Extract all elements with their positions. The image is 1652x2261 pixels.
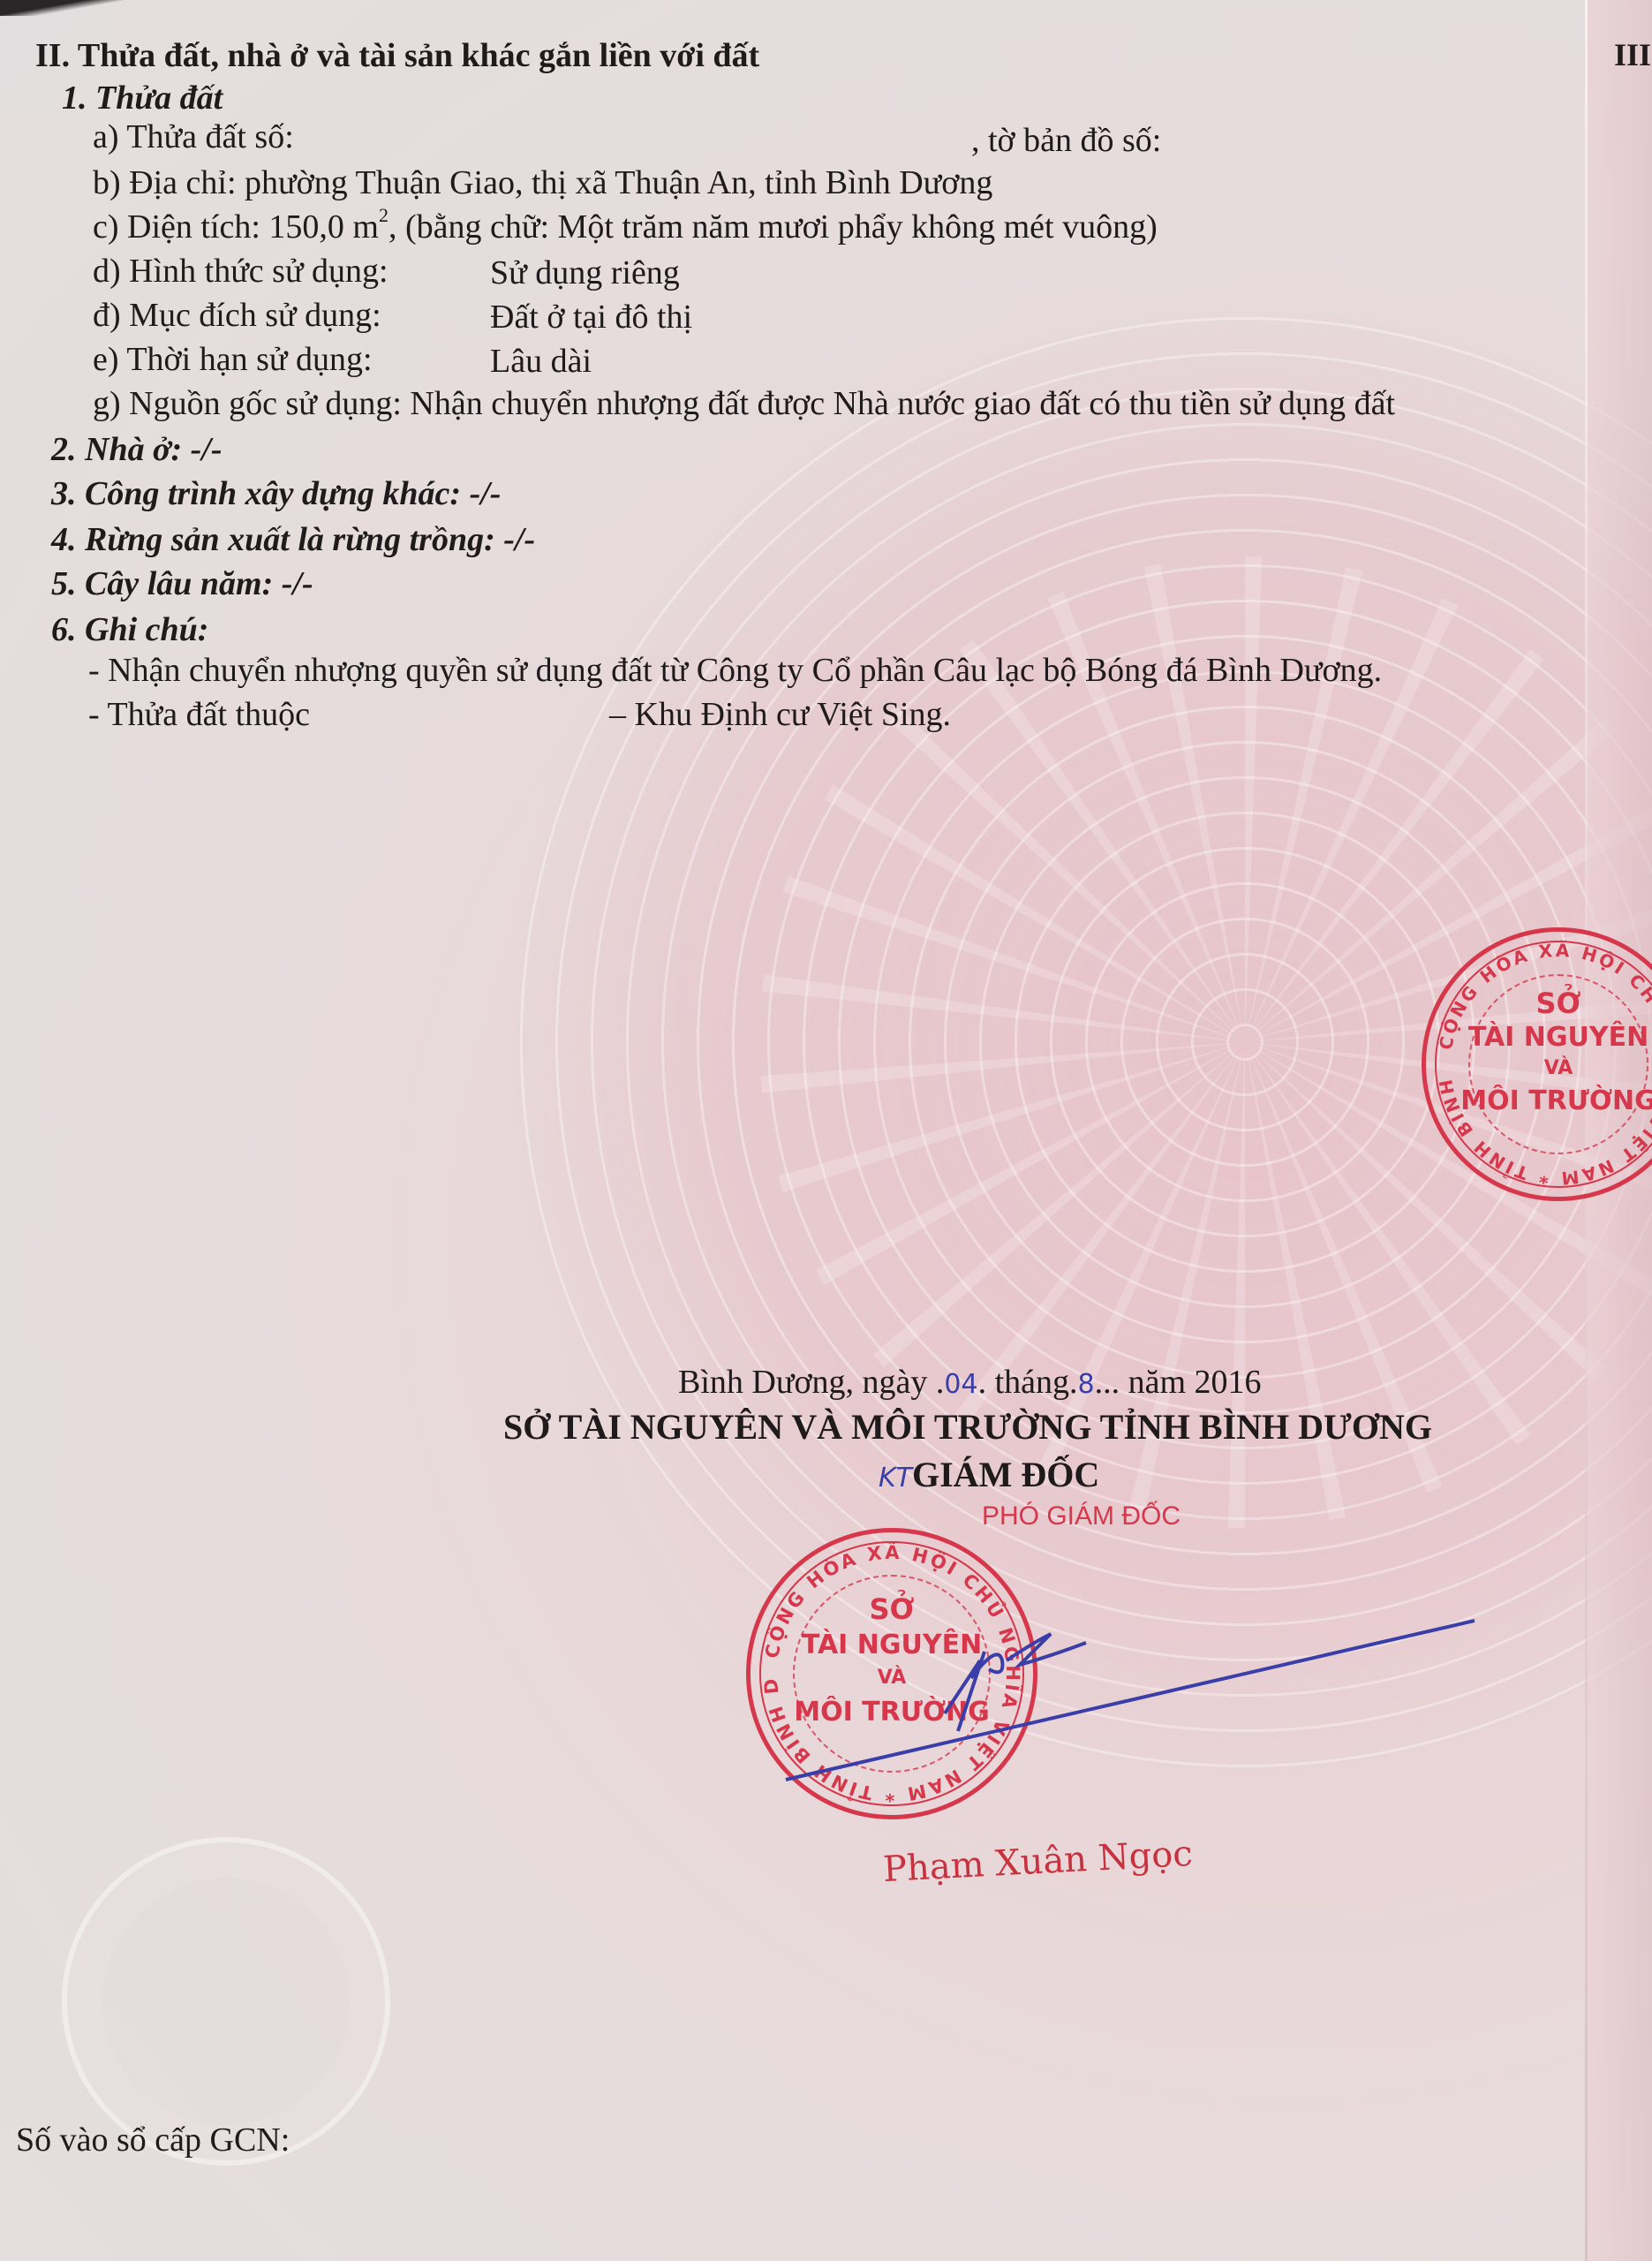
section-iii-marker: III (1614, 39, 1651, 71)
issuing-agency: SỞ TÀI NGUYÊN VÀ MÔI TRƯỜNG TỈNH BÌNH DƯ… (503, 1410, 1432, 1445)
address: b) Địa chỉ: phường Thuận Giao, thị xã Th… (93, 166, 992, 200)
map-sheet-label: , tờ bản đồ số: (971, 124, 1161, 157)
handwritten-signature (768, 1581, 1492, 1811)
place-date-prefix: Bình Dương, ngày . (678, 1364, 944, 1401)
note-parcel-belongs: - Thửa đất thuộc (88, 698, 310, 731)
land-parcel-heading: 1. Thửa đất (62, 81, 223, 115)
form-of-use-label: d) Hình thức sử dụng: (93, 254, 388, 288)
deputy-director-stamp: PHÓ GIÁM ĐỐC (982, 1503, 1181, 1530)
area: c) Diện tích: 150,0 m2, (bằng chữ: Một t… (93, 210, 1158, 244)
parcel-number-label: a) Thửa đất số: (93, 120, 294, 154)
signer-name: Phạm Xuân Ngọc (882, 1836, 1193, 1887)
page-edge-shadow (0, 0, 124, 16)
area-superscript: 2 (379, 204, 388, 226)
registry-number-label: Số vào sổ cấp GCN: (16, 2123, 290, 2157)
place-date: Bình Dương, ngày .04. tháng.8... năm 201… (678, 1365, 1262, 1399)
note-settlement-area: – Khu Định cư Việt Sing. (609, 698, 951, 731)
purpose-value: Đất ở tại đô thị (490, 300, 692, 334)
director-title: GIÁM ĐỐC (912, 1455, 1099, 1494)
handwritten-kt: KT (879, 1463, 912, 1493)
production-forest-entry: 4. Rừng sản xuất là rừng trồng: -/- (51, 523, 535, 556)
handwritten-day: 04 (944, 1369, 977, 1400)
seal-line-so: SỞ (1426, 987, 1652, 1020)
form-of-use-value: Sử dụng riêng (490, 256, 680, 290)
director-title-line: KTGIÁM ĐỐC (879, 1457, 1099, 1493)
seal-line-va: VÀ (1426, 1057, 1652, 1079)
term-label: e) Thời hạn sử dụng: (93, 343, 373, 376)
term-value: Lâu dài (490, 344, 592, 378)
area-in-words: , (bằng chữ: Một trăm năm mươi phẩy khôn… (388, 208, 1158, 246)
official-seal-right: CỘNG HÒA XÃ HỘI CHỦ NGHĨA VIỆT NAM * TỈN… (1422, 927, 1652, 1201)
seal-line-tai-nguyen: TÀI NGUYÊN (1426, 1022, 1652, 1053)
handwritten-month: 8 (1078, 1369, 1095, 1400)
perennial-trees-entry: 5. Cây lâu năm: -/- (51, 567, 313, 601)
month-prefix: . tháng. (978, 1364, 1078, 1401)
notes-heading: 6. Ghi chú: (51, 613, 208, 647)
purpose-label: đ) Mục đích sử dụng: (93, 299, 381, 332)
year-suffix: ... năm 2016 (1095, 1364, 1262, 1401)
house-entry: 2. Nhà ở: -/- (51, 433, 223, 466)
land-origin: g) Nguồn gốc sử dụng: Nhận chuyển nhượng… (93, 387, 1395, 420)
note-transfer: - Nhận chuyển nhượng quyền sử dụng đất t… (88, 654, 1382, 687)
seal-line-moi-truong: MÔI TRƯỜNG (1426, 1085, 1652, 1116)
area-value: c) Diện tích: 150,0 m (93, 208, 379, 246)
other-construction-entry: 3. Công trình xây dựng khác: -/- (51, 477, 501, 510)
section-ii-title: II. Thửa đất, nhà ở và tài sản khác gắn … (35, 39, 759, 72)
embossed-seal-watermark (62, 1837, 390, 2166)
